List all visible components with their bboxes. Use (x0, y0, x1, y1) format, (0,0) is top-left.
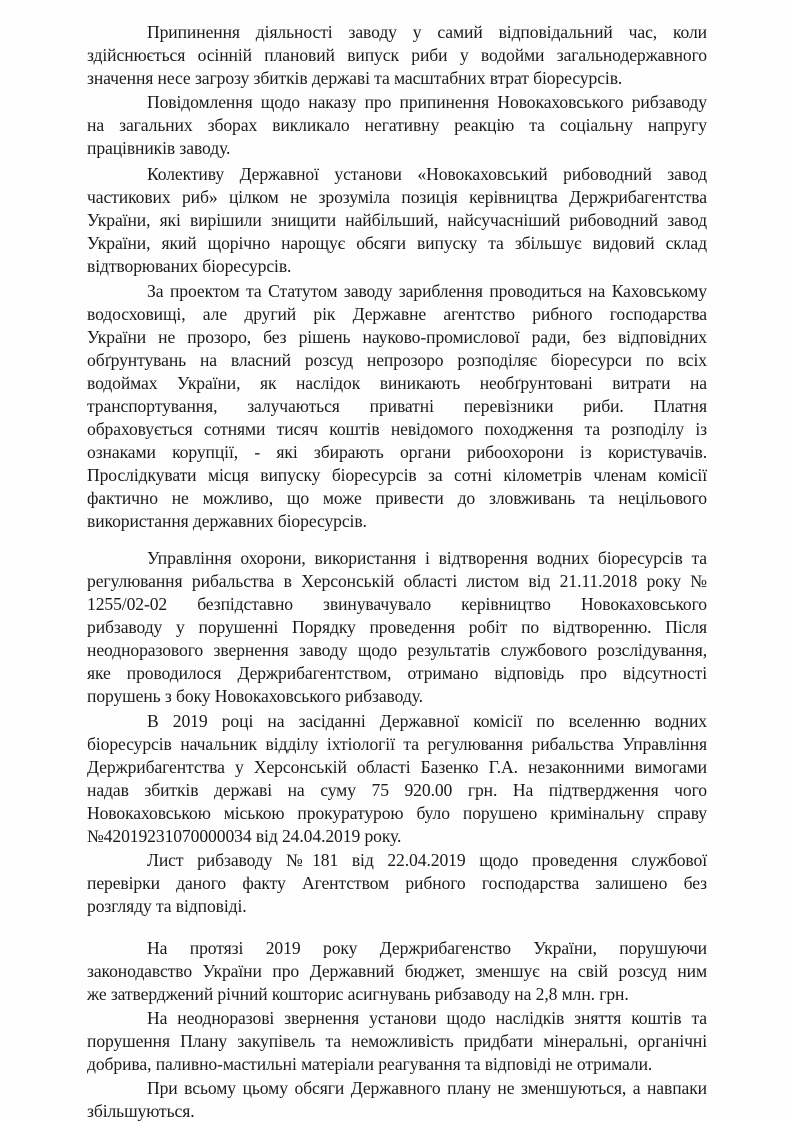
text-line: законодавство України про Державний бюдж… (87, 960, 707, 982)
text-line: При всьому цьому обсяги Державного плану… (147, 1077, 707, 1099)
text-line: На протязі 2019 року Держрибагенство Укр… (147, 937, 707, 959)
text-line: перевірки даного факту Агентством рибног… (87, 872, 707, 894)
text-line: рибзаводу у порушенні Порядку проведення… (87, 616, 707, 638)
document-page: Припинення діяльності заводу у самий від… (0, 0, 793, 1121)
text-line: України, який щорічно нарощує обсяги вип… (87, 232, 707, 254)
text-line: Держрибагентства у Херсонській області Б… (87, 756, 707, 778)
text-line: обраховується сотнями тисяч коштів невід… (87, 418, 707, 440)
text-line: фактично не можливо, що може привести до… (87, 487, 707, 509)
text-line: водосховищі, але другий рік Державне аге… (87, 303, 707, 325)
text-line: працівників заводу. (87, 137, 707, 159)
text-line: використання державних біоресурсів. (87, 510, 707, 532)
text-line: відтворюваних біоресурсів. (87, 255, 707, 277)
text-line: яке проводилося Держрибагентством, отрим… (87, 662, 707, 684)
text-line: регулювання рибальства в Херсонській обл… (87, 570, 707, 592)
text-line: неодноразового звернення заводу щодо рез… (87, 639, 707, 661)
text-line: Управління охорони, використання і відтв… (147, 547, 707, 569)
text-line: біоресурсів начальник відділу іхтіології… (87, 733, 707, 755)
text-line: розгляду та відповіді. (87, 895, 707, 917)
text-line: значення несе загрозу збитків державі та… (87, 67, 707, 89)
text-line: транспортування, залучаються приватні пе… (87, 395, 707, 417)
text-line: водоймах України, як наслідок виникають … (87, 372, 707, 394)
text-line: 1255/02-02 безпідставно звинувачувало ке… (87, 593, 707, 615)
text-line: Повідомлення щодо наказу про припинення … (147, 91, 707, 113)
text-line: на загальних зборах викликало негативну … (87, 114, 707, 136)
text-line: збільшуються. (87, 1100, 707, 1121)
text-line: обґрунтувань на власний розсуд непрозоро… (87, 349, 707, 371)
text-line: Прослідкувати місця випуску біоресурсів … (87, 464, 707, 486)
text-line: Новокаховською міською прокуратурою було… (87, 802, 707, 824)
text-line: частикових риб» цілком не зрозуміла пози… (87, 186, 707, 208)
text-line: Припинення діяльності заводу у самий від… (147, 21, 707, 43)
text-line: надав збитків державі на суму 75 920.00 … (87, 779, 707, 801)
text-line: Лист рибзаводу №181 від 22.04.2019 щодо … (147, 849, 707, 871)
text-line: ознаками корупції, - які збирають органи… (87, 441, 707, 463)
text-line: В 2019 році на засіданні Державної коміс… (147, 710, 707, 732)
text-line: України, які вирішили знищити найбільший… (87, 209, 707, 231)
text-line: порушення Плану закупівель та неможливіс… (87, 1030, 707, 1052)
text-line: же затверджений річний кошторис асигнува… (87, 983, 707, 1005)
text-line: порушень з боку Новокаховського рибзавод… (87, 685, 707, 707)
text-line: України не прозоро, без рішень науково-п… (87, 326, 707, 348)
text-line: добрива, паливно-мастильні матеріали реа… (87, 1053, 707, 1075)
text-line: здійснюється осінній плановий випуск риб… (87, 44, 707, 66)
text-line: Колективу Державної установи «Новокаховс… (147, 163, 707, 185)
text-line: №42019231070000034 від 24.04.2019 року. (87, 825, 707, 847)
text-line: За проектом та Статутом заводу зарибленн… (147, 280, 707, 302)
text-line: На неодноразові звернення установи щодо … (147, 1007, 707, 1029)
